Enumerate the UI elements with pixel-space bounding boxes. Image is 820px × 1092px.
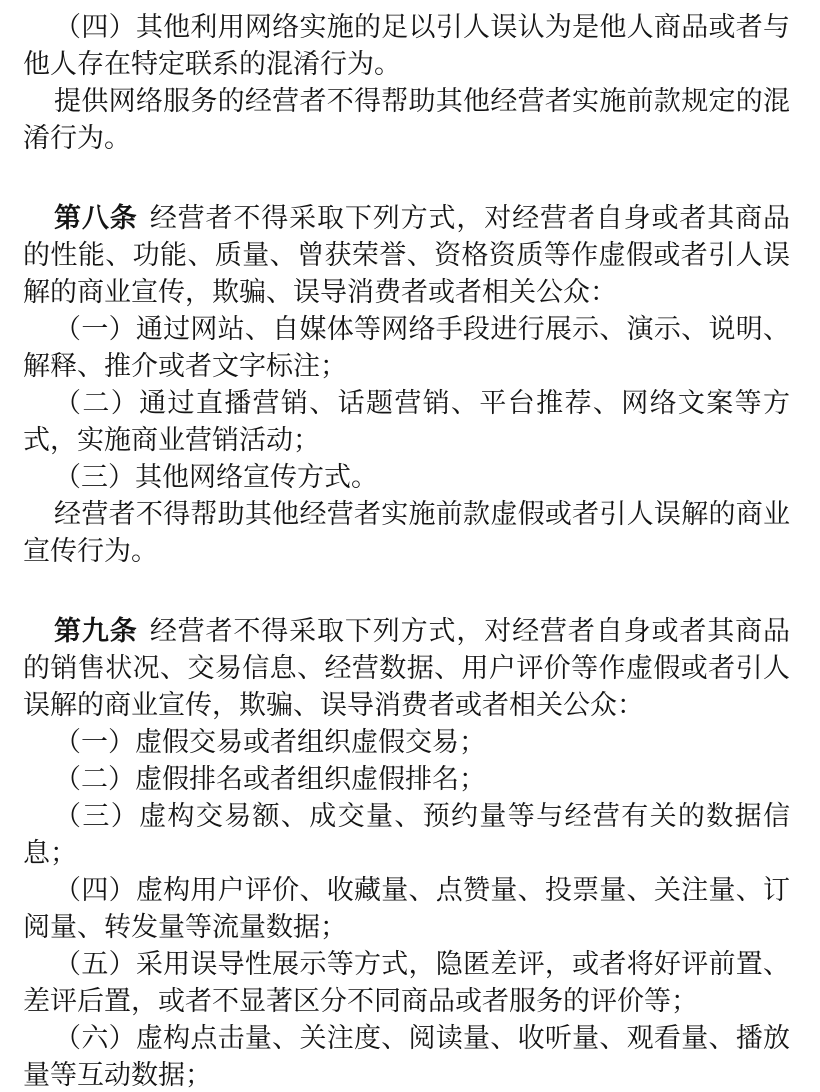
article-9-item-4: （四）虚构用户评价、收藏量、点赞量、投票量、关注量、订阅量、转发量等流量数据；: [23, 872, 790, 946]
article-8-closing-paragraph: 经营者不得帮助其他经营者实施前款虚假或者引人误解的商业宣传行为。: [23, 496, 790, 570]
article-9-number: 第九条: [54, 616, 138, 646]
article-9-item-2: （二）虚假排名或者组织虚假排名；: [23, 761, 790, 798]
article-8-item-2: （二）通过直播营销、话题营销、平台推荐、网络文案等方式，实施商业营销活动；: [23, 385, 790, 459]
article-8-item-1: （一）通过网站、自媒体等网络手段进行展示、演示、说明、解释、推介或者文字标注；: [23, 311, 790, 385]
paragraph-text: （四）其他利用网络实施的足以引人误认为是他人商品或者与他人存在特定联系的混淆行为…: [23, 12, 790, 79]
document-page: （四）其他利用网络实施的足以引人误认为是他人商品或者与他人存在特定联系的混淆行为…: [0, 0, 820, 1092]
article-9-item-1: （一）虚假交易或者组织虚假交易；: [23, 724, 790, 761]
paragraph-text: （三）其他网络宣传方式。: [54, 462, 378, 492]
article-9-item-5: （五）采用误导性展示等方式，隐匿差评，或者将好评前置、差评后置，或者不显著区分不…: [23, 946, 790, 1020]
paragraph-text: （四）虚构用户评价、收藏量、点赞量、投票量、关注量、订阅量、转发量等流量数据；: [23, 875, 790, 942]
paragraph-text: （二）通过直播营销、话题营销、平台推荐、网络文案等方式，实施商业营销活动；: [23, 388, 790, 455]
clause-4-confusion-item: （四）其他利用网络实施的足以引人误认为是他人商品或者与他人存在特定联系的混淆行为…: [23, 9, 790, 83]
paragraph-text: （六）虚构点击量、关注度、阅读量、收听量、观看量、播放量等互动数据；: [23, 1023, 790, 1090]
paragraph-text: 经营者不得帮助其他经营者实施前款虚假或者引人误解的商业宣传行为。: [23, 499, 790, 566]
network-service-provider-paragraph: 提供网络服务的经营者不得帮助其他经营者实施前款规定的混淆行为。: [23, 83, 790, 157]
paragraph-text: （三）虚构交易额、成交量、预约量等与经营有关的数据信息；: [23, 801, 790, 868]
paragraph-text: （一）通过网站、自媒体等网络手段进行展示、演示、说明、解释、推介或者文字标注；: [23, 314, 790, 381]
paragraph-text: 经营者不得采取下列方式，对经营者自身或者其商品的性能、功能、质量、曾获荣誉、资格…: [23, 203, 790, 307]
article-9-item-6: （六）虚构点击量、关注度、阅读量、收听量、观看量、播放量等互动数据；: [23, 1020, 790, 1092]
article-9-item-3: （三）虚构交易额、成交量、预约量等与经营有关的数据信息；: [23, 798, 790, 872]
paragraph-text: 提供网络服务的经营者不得帮助其他经营者实施前款规定的混淆行为。: [23, 86, 790, 153]
article-8-number: 第八条: [54, 203, 138, 233]
article-8-paragraph: 第八条经营者不得采取下列方式，对经营者自身或者其商品的性能、功能、质量、曾获荣誉…: [23, 200, 790, 311]
paragraph-text: （一）虚假交易或者组织虚假交易；: [54, 727, 486, 757]
paragraph-text: 经营者不得采取下列方式，对经营者自身或者其商品的销售状况、交易信息、经营数据、用…: [23, 616, 790, 720]
article-9-paragraph: 第九条经营者不得采取下列方式，对经营者自身或者其商品的销售状况、交易信息、经营数…: [23, 613, 790, 724]
article-8-item-3: （三）其他网络宣传方式。: [23, 459, 790, 496]
paragraph-text: （二）虚假排名或者组织虚假排名；: [54, 764, 486, 794]
paragraph-text: （五）采用误导性展示等方式，隐匿差评，或者将好评前置、差评后置，或者不显著区分不…: [23, 949, 790, 1016]
